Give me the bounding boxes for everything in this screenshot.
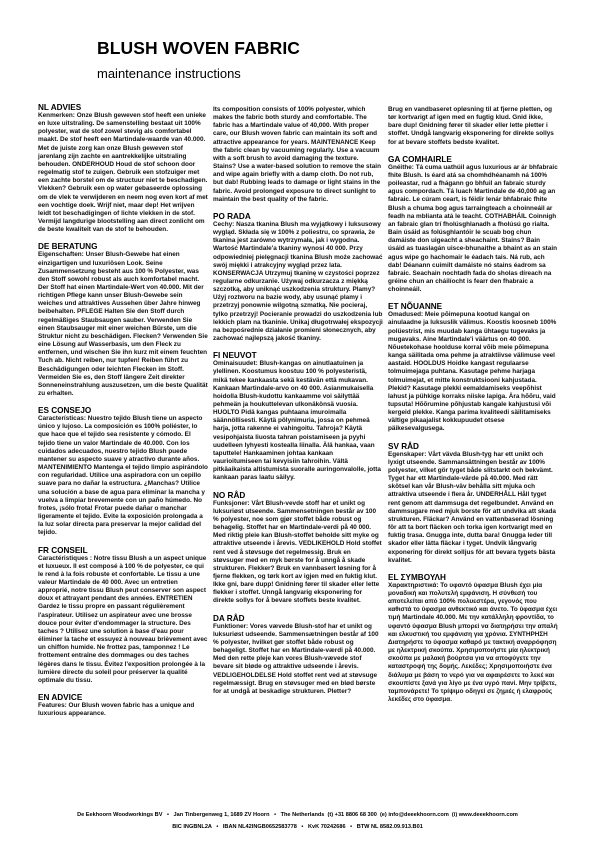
section-heading: PO RADA [213,212,383,221]
section-no: NO RÅD Funksjoner: Vårt Blush-vevde stof… [213,491,383,606]
column-2: Its composition consists of 100% polyest… [213,106,383,704]
section-et: ET NÕUANNE Omadused: Meie põimepuna koot… [388,302,558,433]
section-body: Egenskaper: Vårt vävda Blush-tyg har ett… [388,451,558,565]
vat-number: BTW NL 8582.09.913.B01 [357,824,423,830]
section-heading: SV RÅD [388,442,558,451]
section-ga: GA COMHAIRLE Gnéithe: Tá cuma uathúil ag… [388,155,558,295]
separator: • [350,824,352,830]
separator: • [274,812,276,818]
section-fi: FI NEUVOT Ominaisuudet: Blush-kangas on … [213,351,383,482]
section-body: Cechy: Nasza tkanina Blush ma wyjątkowy … [213,221,383,343]
section-heading: DA RÅD [213,614,383,623]
section-body: Χαρακτηριστικά: Το υφαντό ύφασμα Blush έ… [388,582,558,704]
website-link[interactable]: (i) www.deeekhoorn.com [452,812,518,818]
section-en: EN ADVICE Features: Our Blush woven fabr… [38,693,208,718]
iban-number: IBAN NL42INGB0652583778 [223,824,297,830]
section-body: Funksjoner: Vårt Blush-vevde stoff har e… [213,500,383,606]
column-1: NL ADVIES Kenmerken: Onze Blush geweven … [38,103,208,726]
footer-registration-line: BIC INGBNL2A • IBAN NL42INGB0652583778 •… [0,823,595,831]
phone-number: (t) +31 8806 68 300 [328,812,377,818]
email-link[interactable]: (e) info@deeekhoorn.com [380,812,449,818]
section-heading: EL ΣΥΜΒΟΥΛΗ [388,573,558,582]
section-body: Características: Nuestro tejido Blush ti… [38,415,208,537]
bic-code: BIC INGBNL2A [172,824,212,830]
section-body: Caractéristiques : Notre tissu Blush a u… [38,555,208,686]
section-heading: NL ADVIES [38,103,208,112]
section-heading: GA COMHAIRLE [388,155,558,164]
section-heading: EN ADVICE [38,693,208,702]
section-heading: NO RÅD [213,491,383,500]
separator: • [216,824,218,830]
section-nl: NL ADVIES Kenmerken: Onze Blush geweven … [38,103,208,234]
section-heading: DE BERATUNG [38,242,208,251]
page-title: BLUSH WOVEN FABRIC [97,38,300,58]
section-da-continued: Brug en vandbaseret opløsning til at fje… [388,106,558,147]
section-el: EL ΣΥΜΒΟΥΛΗ Χαρακτηριστικά: Το υφαντό ύφ… [388,573,558,704]
section-en-continued: Its composition consists of 100% polyest… [213,106,383,204]
company-address: Jan Tinbergenweg 1, 1689 ZV Hoorn [174,812,270,818]
section-heading: ET NÕUANNE [388,302,558,311]
separator: • [301,824,303,830]
kvk-number: KvK 70242686 [308,824,346,830]
company-name: De Eekhoorn Woodworkings BV [77,812,162,818]
section-pl: PO RADA Cechy: Nasza tkanina Blush ma wy… [213,212,383,343]
section-heading: FR CONSEIL [38,546,208,555]
company-country: The Netherlands [281,812,325,818]
section-da: DA RÅD Funktioner: Vores vævede Blush-st… [213,614,383,696]
section-body: Gnéithe: Tá cuma uathúil agus luxurious … [388,164,558,295]
footer-contact-line: De Eekhoorn Woodworkings BV • Jan Tinber… [0,811,595,819]
section-es: ES CONSEJO Características: Nuestro teji… [38,406,208,537]
section-body: Its composition consists of 100% polyest… [213,106,383,204]
section-body: Brug en vandbaseret opløsning til at fje… [388,106,558,147]
section-body: Funktioner: Vores vævede Blush-stof har … [213,623,383,696]
column-3: Brug en vandbaseret opløsning til at fje… [388,106,558,712]
section-heading: FI NEUVOT [213,351,383,360]
section-de: DE BERATUNG Eigenschaften: Unser Blush-G… [38,242,208,398]
section-body: Ominaisuudet: Blush-kangas on ainutlaatu… [213,360,383,482]
section-body: Kenmerken: Onze Blush geweven stof heeft… [38,112,208,234]
section-body: Features: Our Blush woven fabric has a u… [38,702,208,718]
section-heading: ES CONSEJO [38,406,208,415]
page-subtitle: maintenance instructions [97,66,241,82]
section-body: Eigenschaften: Unser Blush-Gewebe hat ei… [38,251,208,398]
section-body: Omadused: Meie põimepuna kootud kangal o… [388,311,558,433]
separator: • [167,812,169,818]
section-fr: FR CONSEIL Caractéristiques : Notre tiss… [38,546,208,686]
section-sv: SV RÅD Egenskaper: Vårt vävda Blush-tyg … [388,442,558,565]
